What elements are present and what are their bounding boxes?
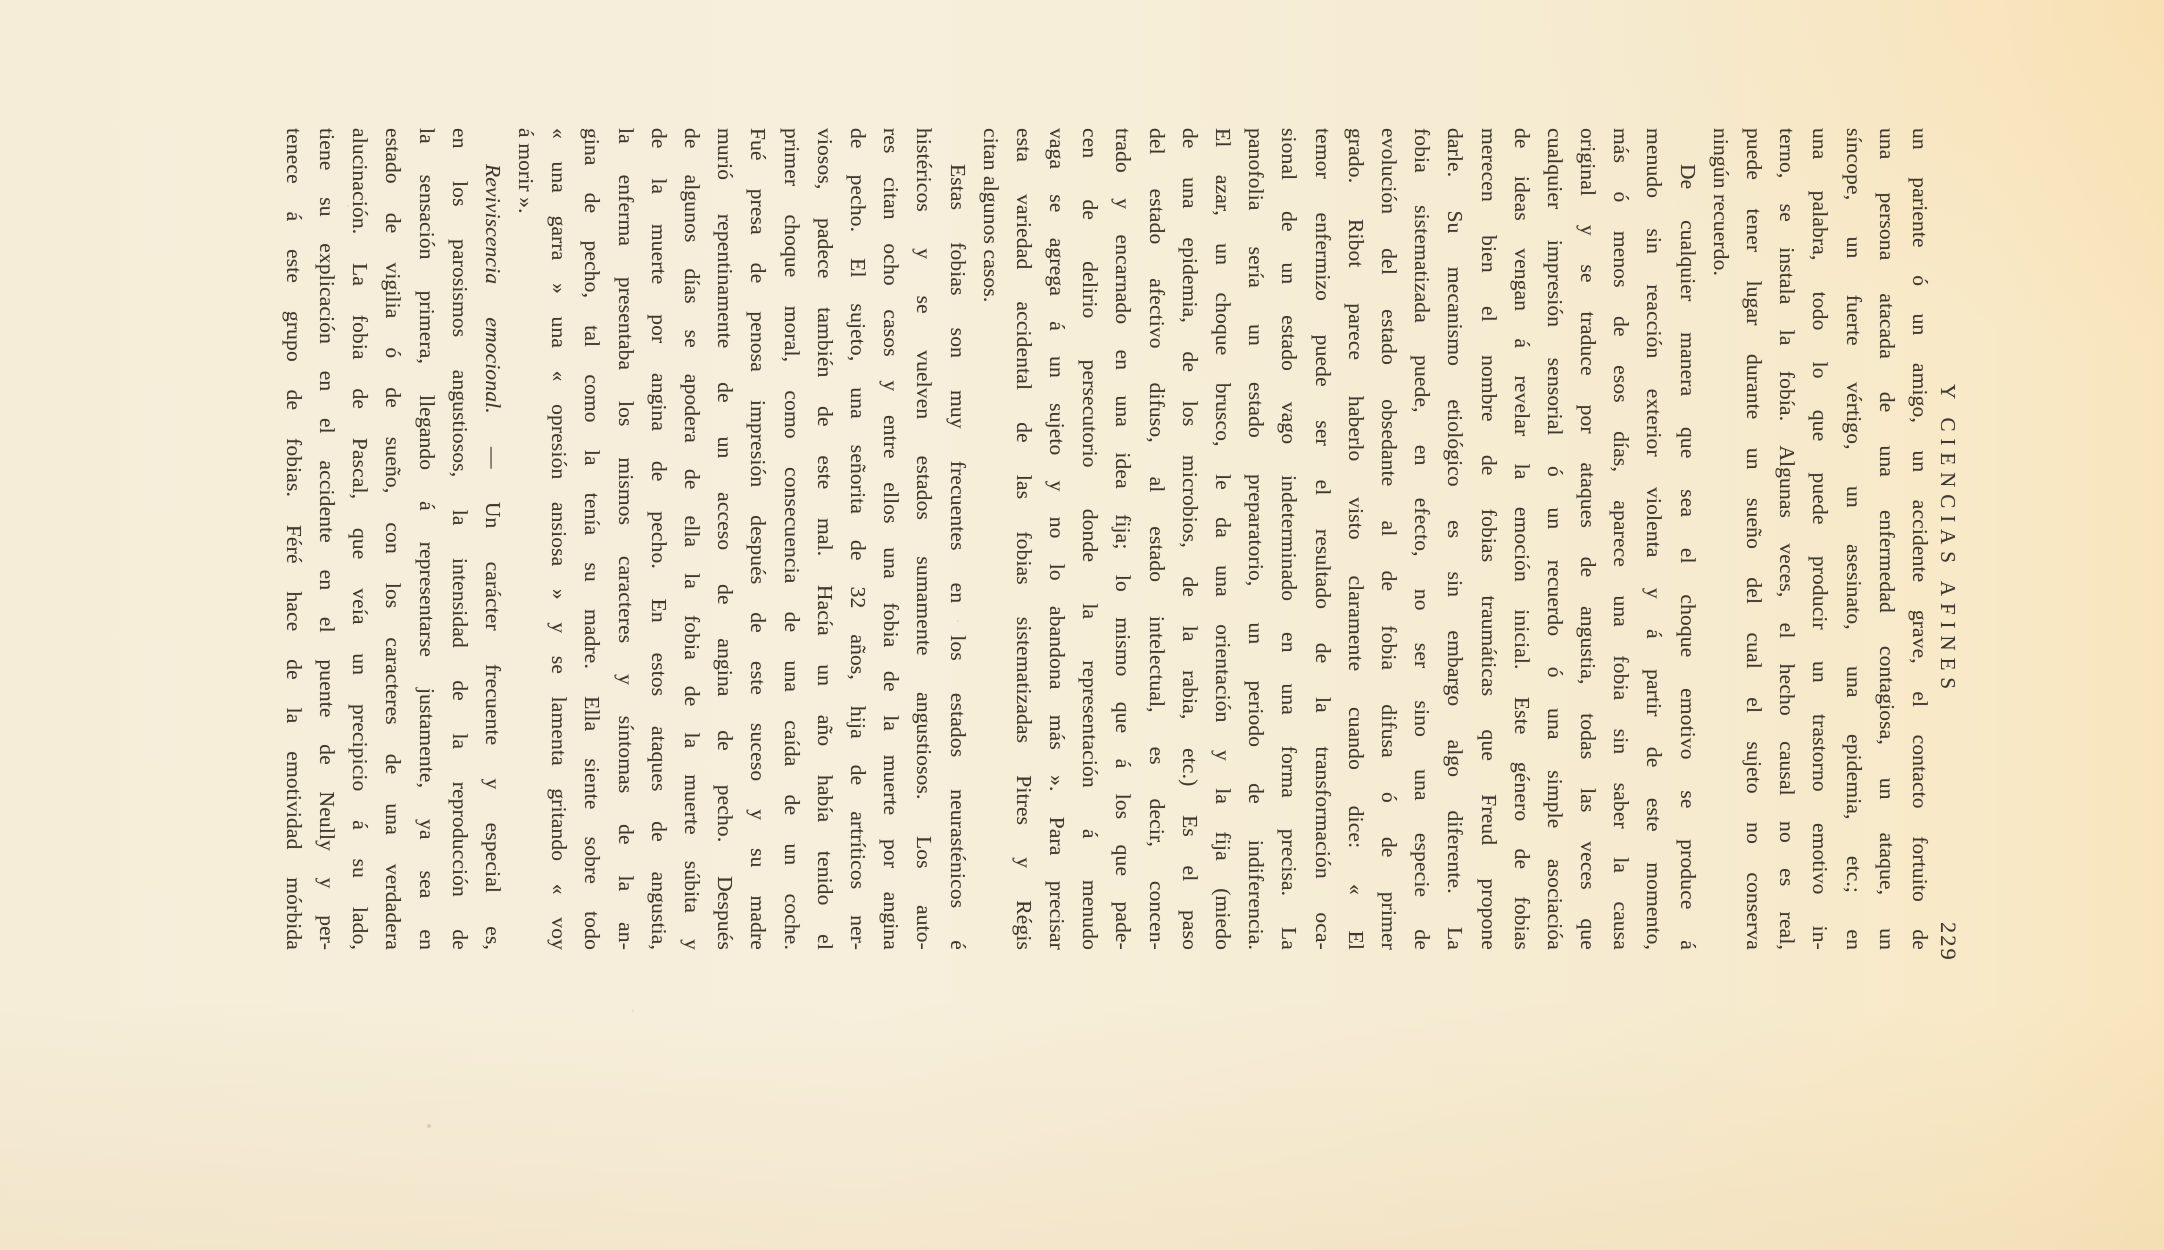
text-line: merecen bien el nombre de fobias traumát…	[1471, 128, 1504, 950]
text-line: puede tener lugar durante un sueño del c…	[1737, 128, 1770, 950]
body-text: un pariente ó un amigo, un accidente gra…	[277, 128, 1936, 950]
text-line: « una garra » una « opresión ansiosa » y…	[542, 128, 575, 950]
text-line: menudo sin reacción exterior violenta y …	[1637, 128, 1670, 950]
text-line: ningún recuerdo.	[1704, 128, 1737, 950]
text-line: tiene su explicación en el accidente en …	[310, 128, 343, 950]
text-line: estado de vigilia ó de sueño, con los ca…	[376, 128, 409, 950]
text-line: Estas fobias son muy frecuentes en los e…	[940, 128, 973, 950]
page-number: 229	[1935, 922, 1961, 982]
text-line: El azar, un choque brusco, le da una ori…	[1206, 128, 1239, 950]
scanned-book-page: Y CIENCIAS AFINES 229 un pariente ó un a…	[0, 0, 2164, 1250]
running-header-title: Y CIENCIAS AFINES	[1935, 371, 1960, 709]
text-line: evolución del estado obsedante al de fob…	[1372, 128, 1405, 950]
page-content: Y CIENCIAS AFINES 229 un pariente ó un a…	[0, 0, 2164, 1250]
text-line: histéricos y se vuelven estados sumament…	[907, 128, 940, 950]
text-line: tenece á este grupo de fobias. Féré hace…	[277, 128, 310, 950]
text-line: gina de pecho, tal como la tenía su madr…	[575, 128, 608, 950]
text-line: una persona atacada de una enfermedad co…	[1870, 128, 1903, 950]
text-line: citan algunos casos.	[974, 128, 1007, 950]
text-line: una palabra, todo lo que puede producir …	[1803, 128, 1836, 950]
text-line: alucinación. La fobia de Pascal, que veí…	[343, 128, 376, 950]
text-line: síncope, un fuerte vértigo, un asesinato…	[1836, 128, 1869, 950]
text-line: res citan ocho casos y entre ellos una f…	[874, 128, 907, 950]
text-line: de algunos días se apodera de ella la fo…	[675, 128, 708, 950]
text-line: sional de un estado vago indeterminado e…	[1272, 128, 1305, 950]
text-line: cen de delirio persecutorio donde la rep…	[1073, 128, 1106, 950]
text-line: vaga se agrega á un sujeto y no lo aband…	[1040, 128, 1073, 950]
text-line: de pecho. El sujeto, una señorita de 32 …	[841, 128, 874, 950]
text-line: de una epidemia, de los microbios, de la…	[1173, 128, 1206, 950]
text-line: temor enfermizo puede ser el resultado d…	[1305, 128, 1338, 950]
text-line: fobia sistematizada puede, en efecto, no…	[1405, 128, 1438, 950]
text-line: De cualquier manera que sea el choque em…	[1671, 128, 1704, 950]
text-line: Reviviscencia emocional. — Un carácter f…	[476, 128, 509, 950]
text-line: un pariente ó un amigo, un accidente gra…	[1903, 128, 1936, 950]
text-line: trado y encarnado en una idea fija; lo m…	[1106, 128, 1139, 950]
text-line: del estado afectivo difuso, al estado in…	[1140, 128, 1173, 950]
text-line: la enferma presentaba los mismos caracte…	[609, 128, 642, 950]
text-line: panofolia sería un estado preparatorio, …	[1239, 128, 1272, 950]
text-line: cualquier impresión sensorial ó un recue…	[1538, 128, 1571, 950]
text-line: á morir ».	[509, 128, 542, 950]
text-line: en los parosismos angustiosos, la intens…	[443, 128, 476, 950]
text-line: grado. Ribot parece haberlo visto claram…	[1339, 128, 1372, 950]
text-line: Fué presa de penosa impresión después de…	[741, 128, 774, 950]
text-line: primer choque moral, como consecuencia d…	[774, 128, 807, 950]
text-line: terno, se instala la fobía. Algunas vece…	[1770, 128, 1803, 950]
text-line: darle. Su mecanismo etiológico es sin em…	[1438, 128, 1471, 950]
text-line: esta variedad accidental de las fobias s…	[1007, 128, 1040, 950]
text-line: original y se traduce por ataques de ang…	[1571, 128, 1604, 950]
text-line: la sensación primera, llegando á represe…	[409, 128, 442, 950]
text-line: viosos, padece también de este mal. Hací…	[808, 128, 841, 950]
text-line: más ó menos de esos días, aparece una fo…	[1604, 128, 1637, 950]
italic-run-in-heading: Reviviscencia emocional.	[481, 164, 505, 414]
text-line: de la muerte por angina de pecho. En est…	[642, 128, 675, 950]
text-line: de ideas vengan á revelar la emoción ini…	[1505, 128, 1538, 950]
text-line: murió repentinamente de un acceso de ang…	[708, 128, 741, 950]
